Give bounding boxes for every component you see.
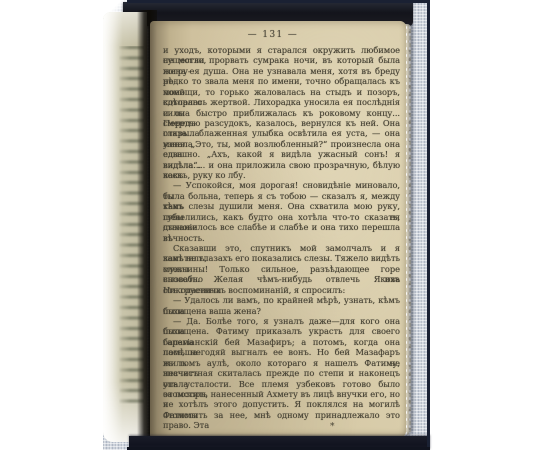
text-line: шевелились, какъ будто она хотѣла что-то… [163,212,400,222]
text-line: воскъ, руку ко лбу. [163,170,400,180]
text-line: мужчины! Только сильное, разъѣдающее гор… [163,264,400,274]
page-number: — 131 — [150,30,396,40]
photo-frame-right [427,0,430,450]
text-line: смертью разсудокъ, казалось, вернулся къ… [163,118,400,128]
book-photo: — 131 — и уходъ, которыми я старался окр… [103,0,430,450]
text-line: становилось все слабѣе и слабѣе и она ти… [163,222,400,232]
text-line: была больна, теперь я съ тобою — сказалъ… [163,191,400,201]
text-line: глаза... блаженная улыбка освѣтила ея ус… [163,128,400,138]
text-line: жена ея душа. Она не узнавала меня, хотя… [163,66,400,76]
book-page: — 131 — и уходъ, которыми я старался окр… [150,21,406,438]
text-line: видѣла“... и она приложила свою прозрачн… [163,160,400,170]
text-line: и она быстро приближалась къ роковому ко… [163,108,400,118]
text-line: отъ усталости. Все племя узбековъ готово… [163,379,400,389]
text-line: сдѣлалась жертвой. Лихорадка уносила ея … [163,97,400,107]
text-line: какъ слезы душили меня. Она схватила мою… [163,201,400,211]
photo-frame-top [127,0,430,3]
text-line: рѣдко то звала меня по имени, точно обра… [163,76,400,86]
text-line: лась, негодяй выгналъ ее вонъ. Но бей Ма… [163,347,400,357]
text-line: Сказавши это, спутникъ мой замолчалъ и я… [163,243,400,253]
text-line: меня. „Это, ты, мой возлюбленный?“ произ… [163,139,400,149]
text-line: отомстить за нее, мнѣ одному принадлежал… [163,410,400,420]
text-line: — Да. Болѣе того, я узналъ даже—для кого… [163,316,400,326]
text-line: вѣчность. [163,233,400,243]
text-line: балагіанскій бей Мазафиръ; а потомъ, ког… [163,337,400,347]
text-line: помощи, то горько жаловалась на стыдъ и … [163,87,400,97]
page-text-block: и уходъ, которыми я старался окружить лю… [163,45,400,420]
text-line: — Удалось ли вамъ, по крайней мѣрѣ, узна… [163,295,400,305]
text-line: вызвать. Желая чѣмъ-нибудь отвлечь Якова… [163,274,400,284]
text-line: за позоръ, нанесенный Ахмету въ лицѣ вну… [163,389,400,399]
text-line: похищена ваша жена? [163,306,400,316]
text-line: похищена. Фатиму приказалъ украсть для с… [163,326,400,336]
text-line: отъ грустныхъ воспоминаній, я спросилъ: [163,285,400,295]
text-line: и уходъ, которыми я старался окружить лю… [163,45,400,55]
text-line: — Успокойся, моя дорогая! сновидѣніе мин… [163,180,400,190]
text-line: какъ на глазахъ его показались слезы. Тя… [163,253,400,263]
text-line: въ томъ аулѣ, около котораго я нашелъ Фа… [163,358,400,368]
footnote-mark: * [330,422,335,432]
text-line: несчастная скиталась прежде по степи и н… [163,368,400,378]
text-line: слышно. „Ахъ, какой я видѣла ужасный сон… [163,149,400,159]
photo-canvas: — 131 — и уходъ, которыми я старался окр… [0,0,550,450]
text-line: не хотѣлъ этого допустить. Я поклялся на… [163,399,400,409]
text-line: не могли прорвать сумрака ночи, въ котор… [163,55,400,65]
